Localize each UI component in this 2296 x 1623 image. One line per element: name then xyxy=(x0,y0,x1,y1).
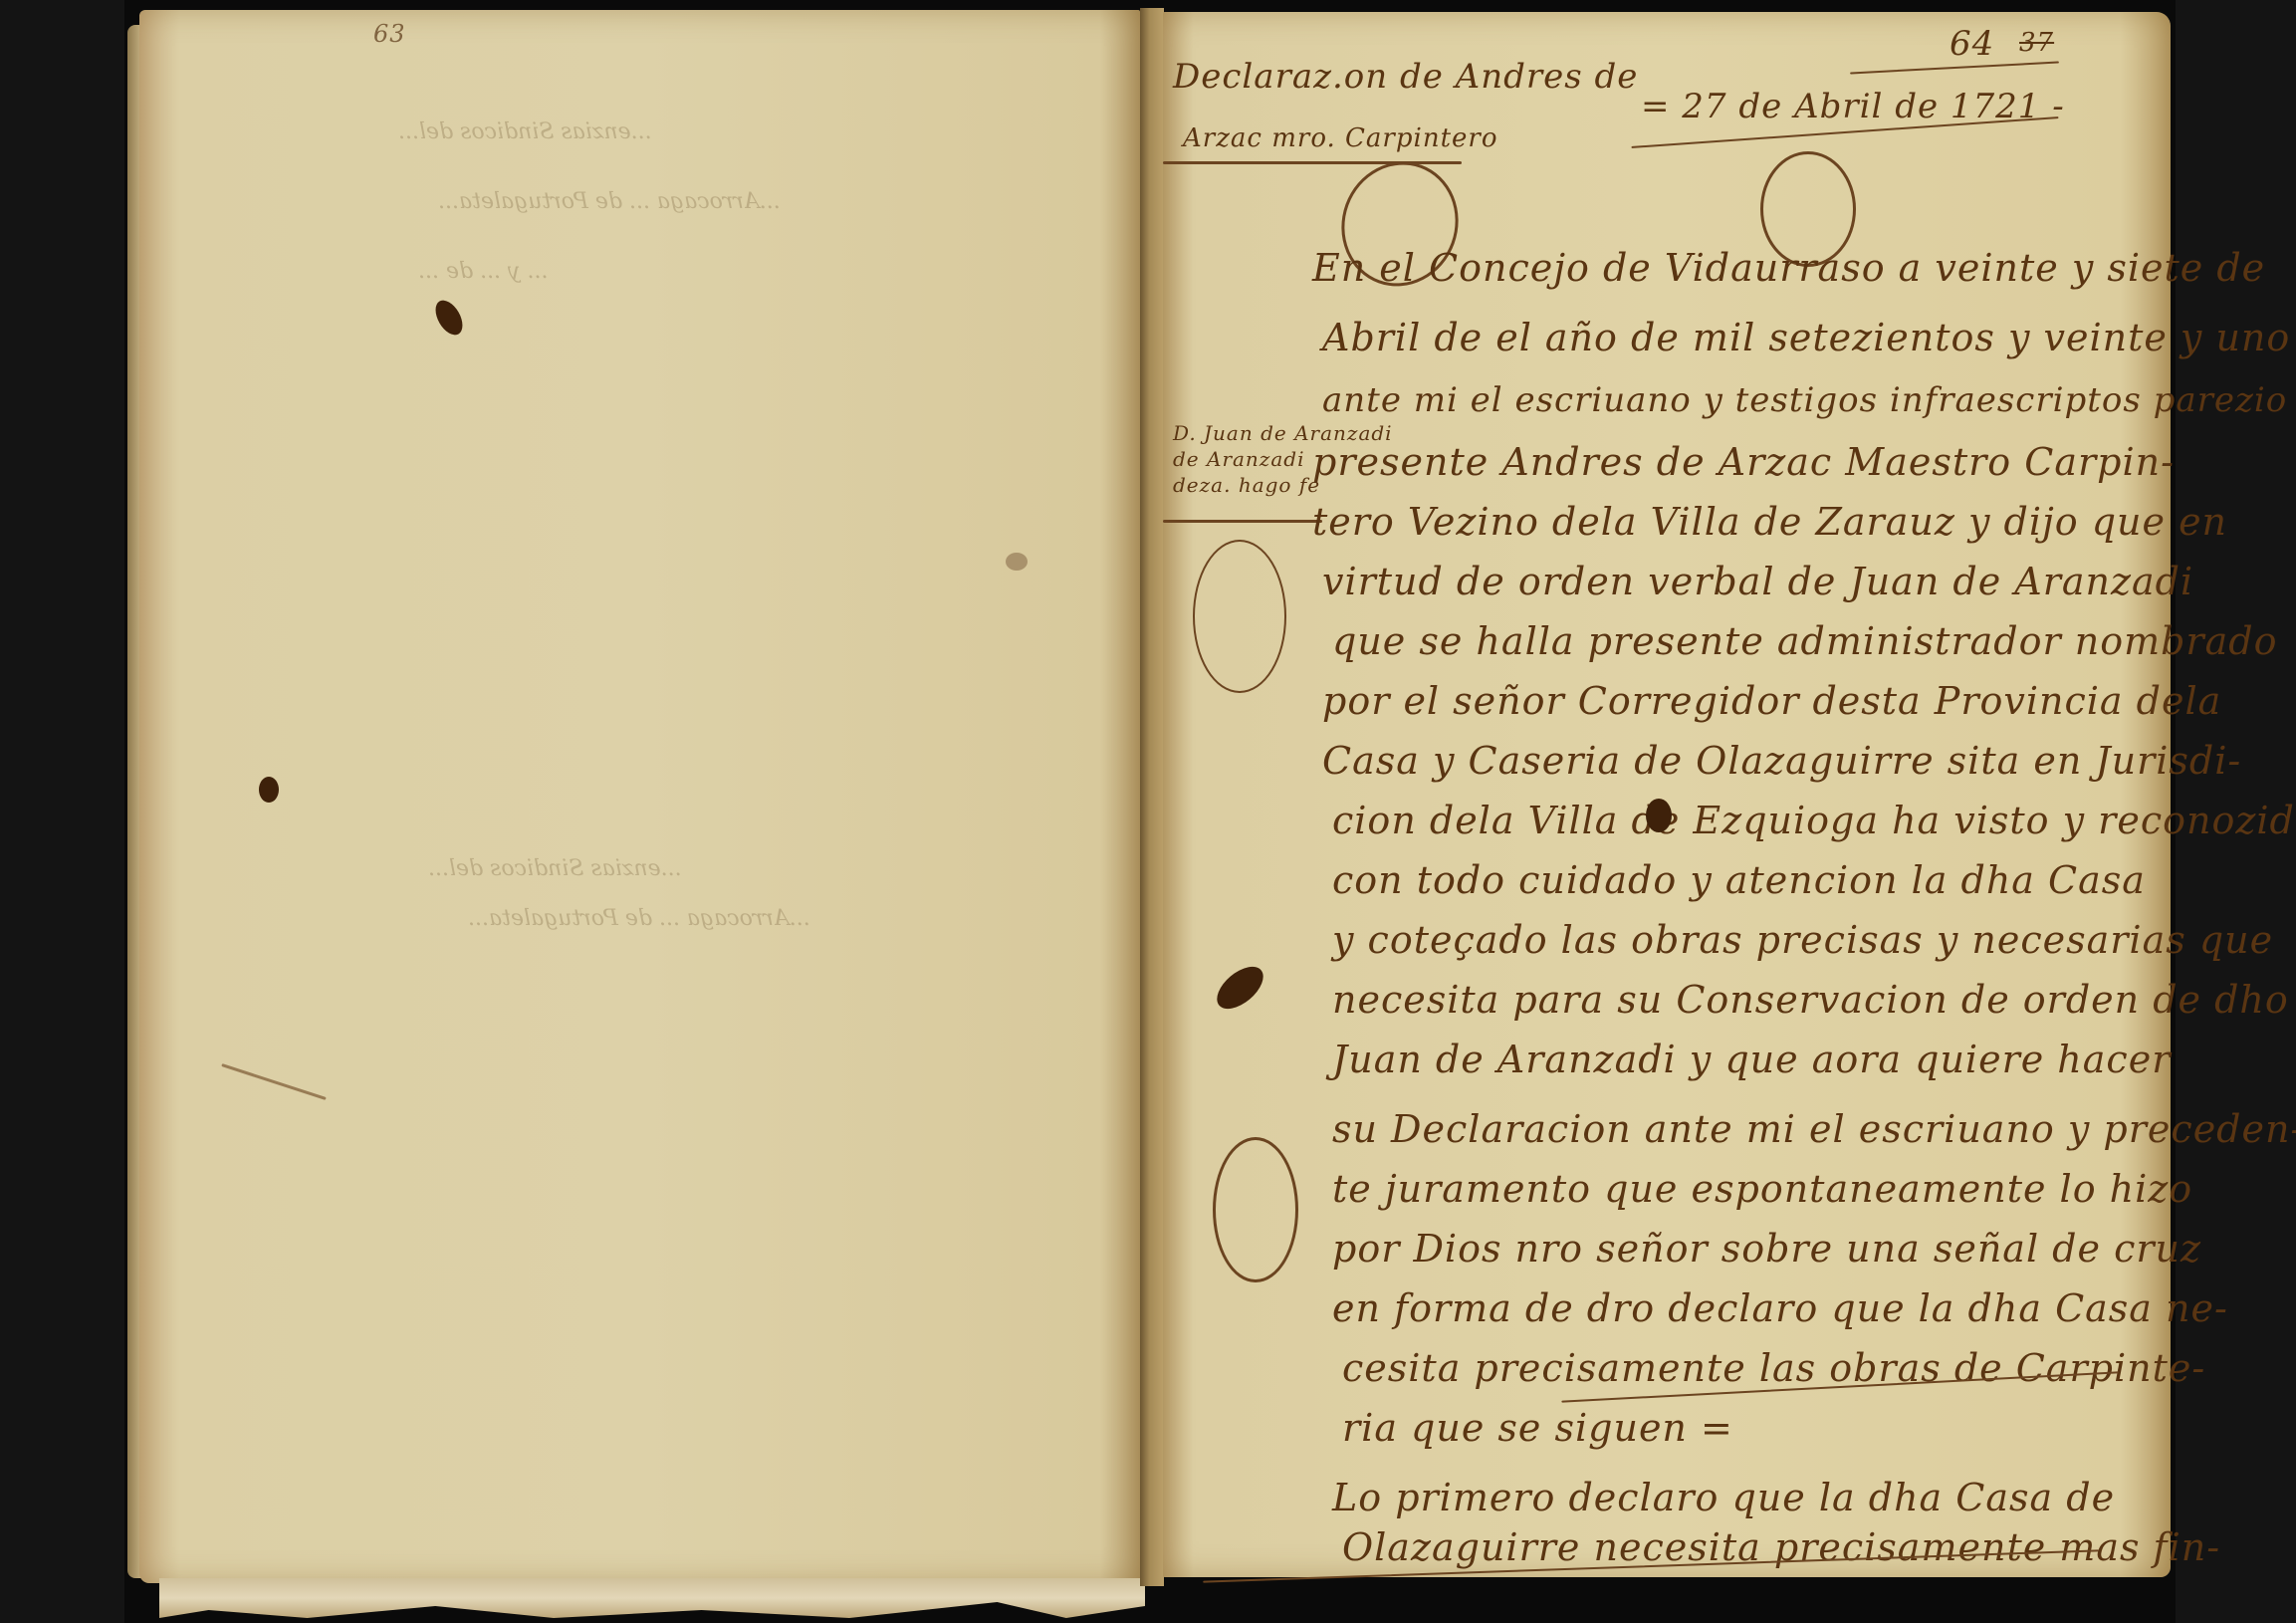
body-line: con todo cuidado y atencion la dha Casa xyxy=(1332,858,2146,902)
bleed-through-line: ... y ... de ... xyxy=(418,259,548,284)
body-line: su Declaracion ante mi el escriuano y pr… xyxy=(1332,1107,2296,1151)
ink-blot xyxy=(1646,799,1672,832)
book-gutter xyxy=(1140,8,1164,1586)
body-line: Casa y Caseria de Olazaguirre sita en Ju… xyxy=(1322,739,2241,783)
margin-note-line: deza. hago fe xyxy=(1173,472,1312,498)
body-line: Lo primero declaro que la dha Casa de xyxy=(1332,1476,2115,1519)
body-line: presente Andres de Arzac Maestro Carpin- xyxy=(1312,440,2175,484)
body-line: En el Concejo de Vidaurraso a veinte y s… xyxy=(1312,246,2265,290)
margin-note-line: D. Juan de Aranzadi xyxy=(1173,420,1312,446)
old-folio-number: 37 xyxy=(2019,28,2054,58)
body-line: y coteçado las obras precisas y necesari… xyxy=(1332,918,2273,962)
left-folio-number: 63 xyxy=(373,20,406,48)
ink-smear xyxy=(221,1063,327,1100)
right-page: 64 37 Declaraz.on de Andres de Arzac mro… xyxy=(1163,12,2171,1577)
body-line: por el señor Corregidor desta Provincia … xyxy=(1322,679,2221,723)
body-line: te juramento que espontaneamente lo hizo xyxy=(1332,1167,2192,1211)
body-line: ria que se siguen = xyxy=(1342,1406,1733,1450)
margin-note: D. Juan de Aranzadi de Aranzadi deza. ha… xyxy=(1173,420,1312,498)
body-line: virtud de orden verbal de Juan de Aranza… xyxy=(1322,560,2193,603)
bleed-through-line: ...enzias Sindicos del... xyxy=(398,119,652,144)
margin-note-rule xyxy=(1163,520,1322,523)
body-line: Juan de Aranzadi y que aora quiere hacer xyxy=(1332,1038,2171,1081)
body-line: cion dela Villa de Ezquioga ha visto y r… xyxy=(1332,799,2296,842)
body-line: tero Vezino dela Villa de Zarauz y dijo … xyxy=(1312,500,2227,544)
body-line: por Dios nro señor sobre una señal de cr… xyxy=(1332,1227,2201,1271)
folio-number: 64 xyxy=(1950,24,1994,64)
ink-blot xyxy=(1210,959,1270,1017)
heading-line-2: Arzac mro. Carpintero xyxy=(1183,123,1497,153)
body-line: en forma de dro declaro que la dha Casa … xyxy=(1332,1286,2228,1330)
body-line: necesita para su Conservacion de orden d… xyxy=(1332,978,2289,1022)
stain xyxy=(1006,553,1028,571)
bleed-through-line: ...Arrocaga ... de Portugaleta... xyxy=(438,189,781,214)
flourish xyxy=(1213,1137,1298,1282)
bleed-through-line: ...Arrocaga ... de Portugaleta... xyxy=(468,906,810,931)
body-line: Abril de el año de mil setezientos y vei… xyxy=(1322,316,2290,359)
bleed-through-line: ...enzias Sindicos del... xyxy=(428,856,682,881)
body-line: ante mi el escriuano y testigos infraesc… xyxy=(1322,380,2287,420)
body-line: cesita precisamente las obras de Carpint… xyxy=(1342,1346,2205,1390)
heading-line-1: Declaraz.on de Andres de xyxy=(1173,57,1638,97)
body-line: que se halla presente administrador nomb… xyxy=(1332,619,2277,663)
ink-blot xyxy=(259,777,279,803)
margin-note-line: de Aranzadi xyxy=(1173,446,1312,472)
left-page: 63 ...enzias Sindicos del... ...Arrocaga… xyxy=(139,10,1140,1583)
flourish xyxy=(1193,540,1286,693)
ink-blot xyxy=(430,296,468,340)
